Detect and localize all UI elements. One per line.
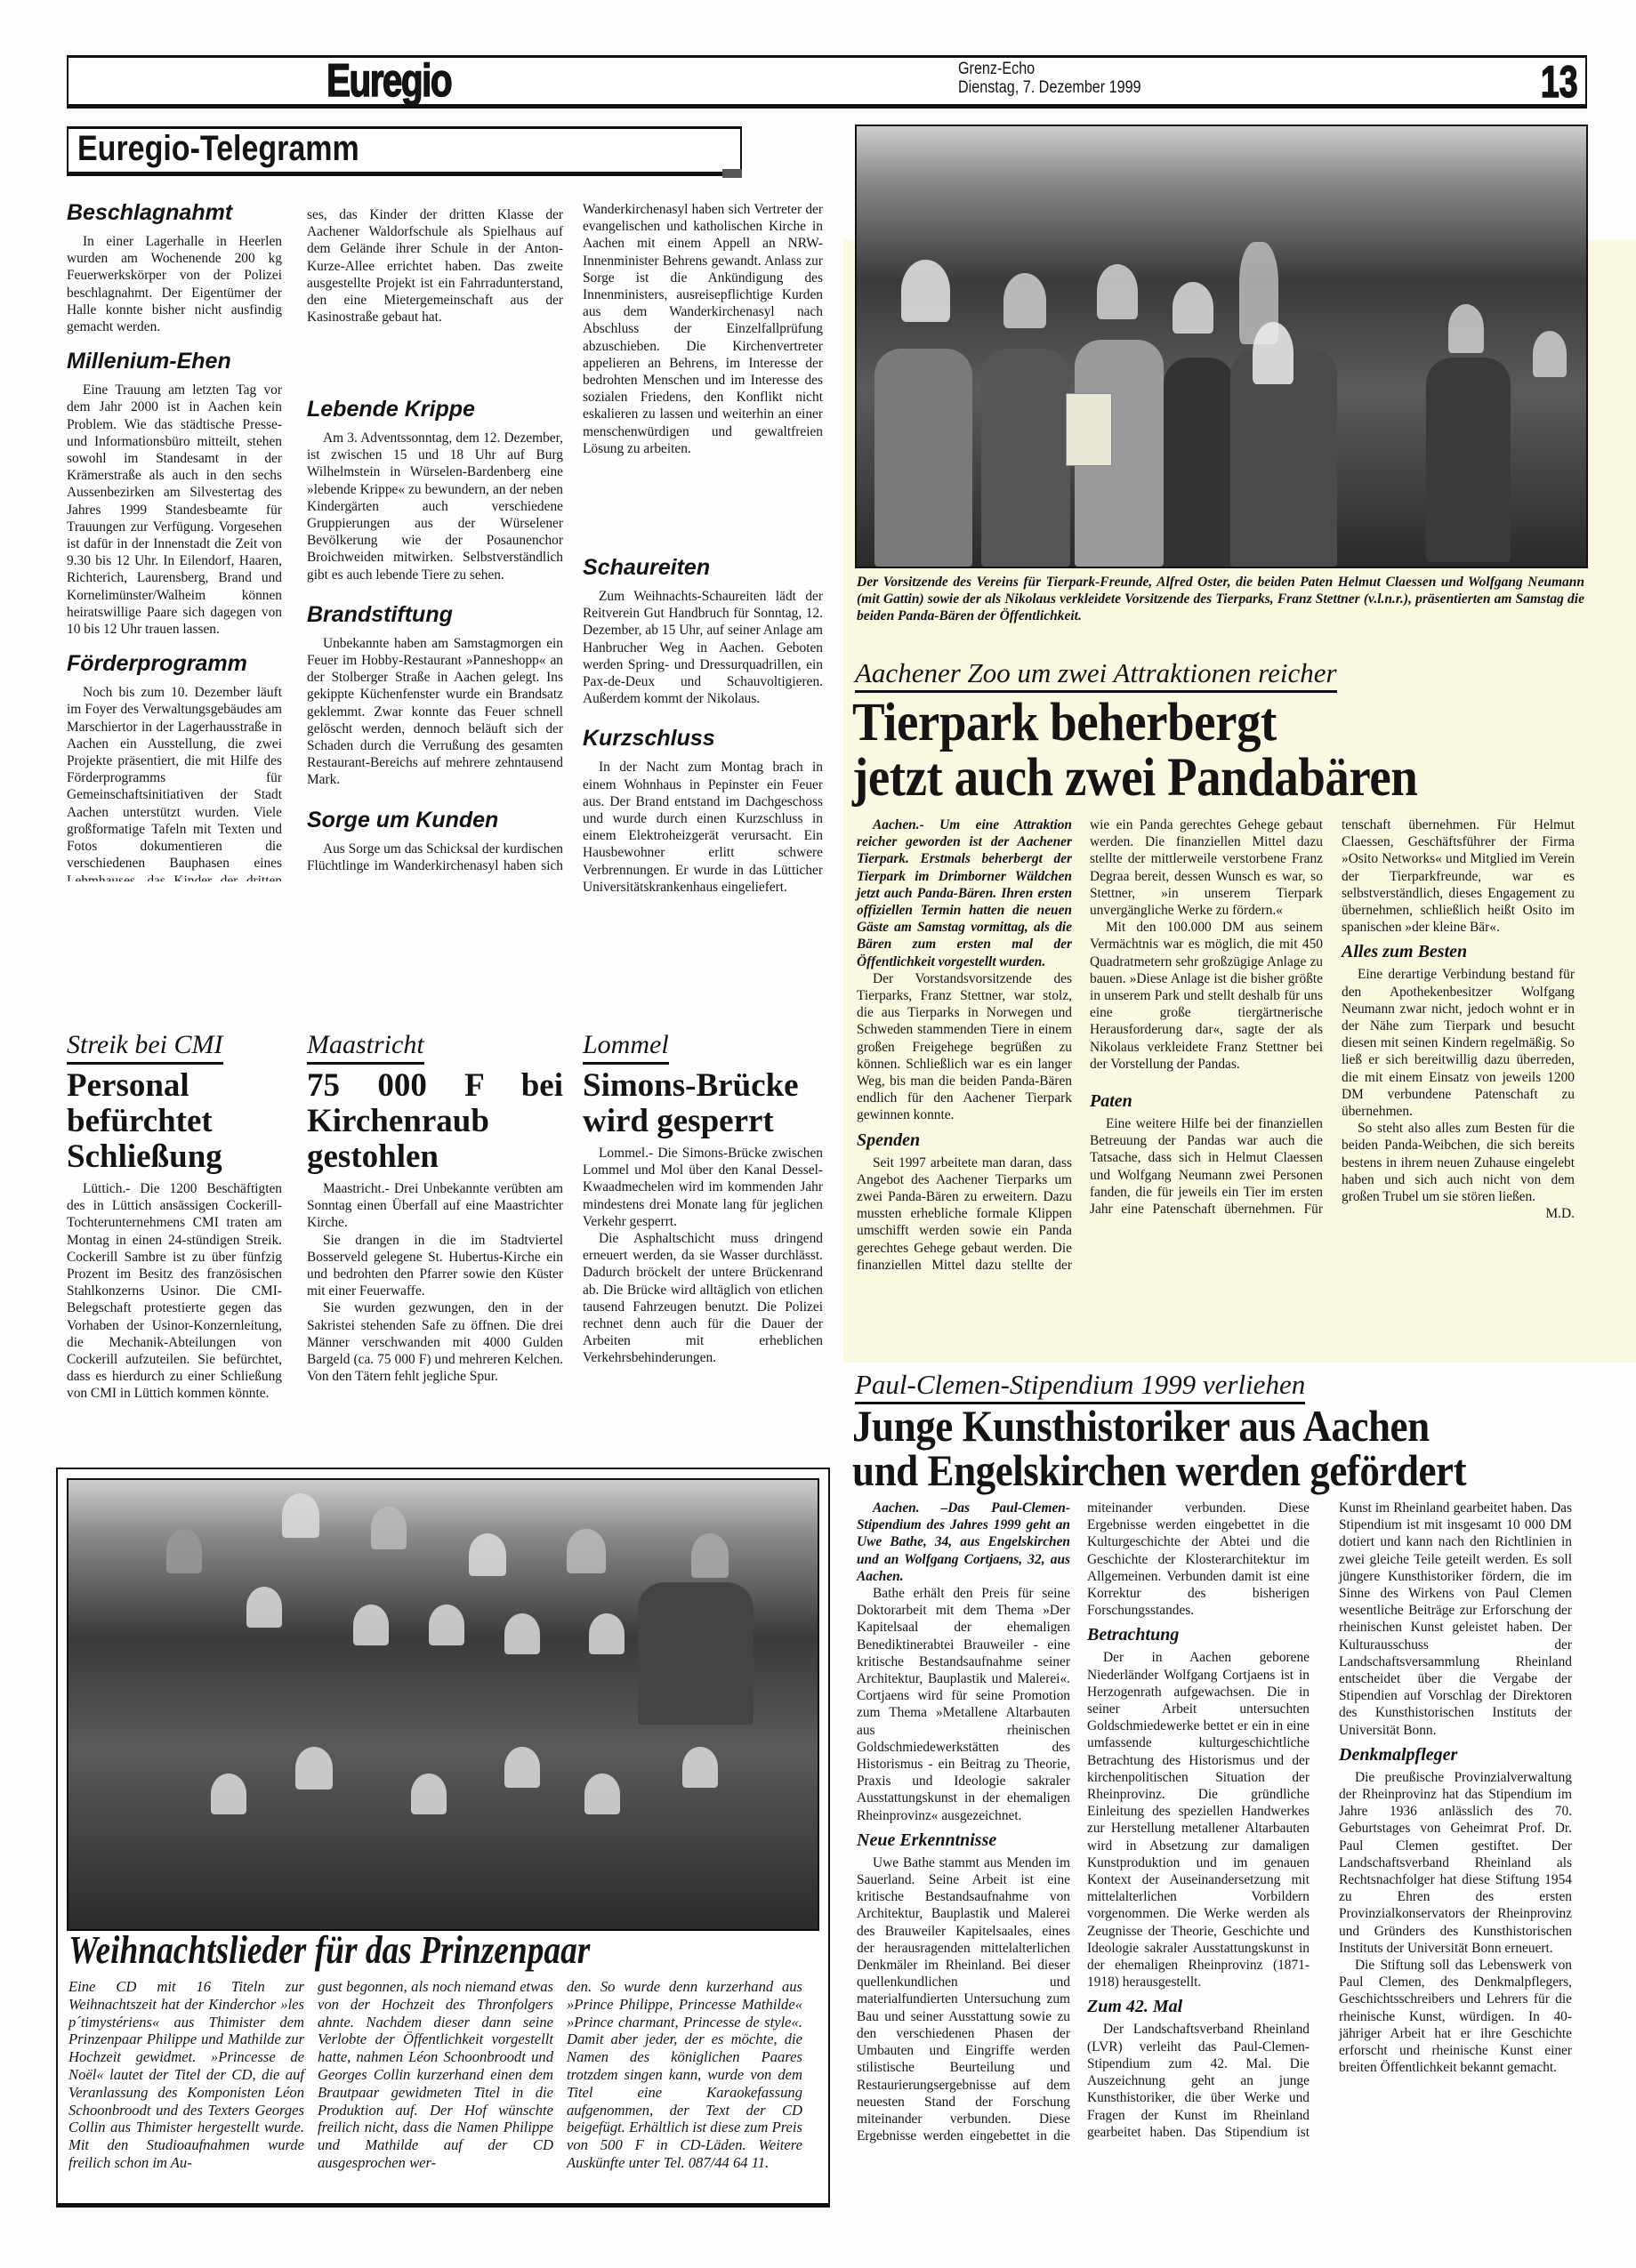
article-kicker: Aachener Zoo um zwei Attraktionen reiche… <box>855 658 1337 693</box>
article-headline: 75 000 F bei Kirchenraub gestohlen <box>307 1068 563 1175</box>
tierpark-photo <box>855 125 1588 568</box>
choir-photo-figures <box>69 1480 818 1929</box>
headline-line: jetzt auch zwei Pandabären <box>852 751 1417 806</box>
telegramm-heading: Millenium-Ehen <box>67 348 282 374</box>
article-text: Mit den 100.000 DM aus seinem Vermächtni… <box>1090 919 1323 1073</box>
article-text: gust begonnen, als noch niemand etwas vo… <box>318 1978 553 2172</box>
headline-line: Tierpark beherbergt <box>852 696 1417 751</box>
article-headline: Tierpark beherbergt jetzt auch zwei Pand… <box>852 696 1417 806</box>
article-subheading: Betrachtung <box>1087 1624 1310 1645</box>
telegramm-text: In einer Lagerhalle in Heerlen wurden am… <box>67 233 282 335</box>
article-kicker: Maastricht <box>307 1030 424 1065</box>
telegramm-heading: Förderprogramm <box>67 650 282 677</box>
article-cmi: Streik bei CMI Personal befürchtet Schli… <box>67 1030 282 1403</box>
choir-photo <box>67 1478 819 1931</box>
masthead: Euregio Grenz-Echo Dienstag, 7. Dezember… <box>67 55 1587 109</box>
article-paragraph: Sie drangen in die im Stadtviertel Bosse… <box>307 1232 563 1300</box>
article-text-continued: miteinander verbunden. Diese Ergebnisse … <box>1087 1500 1310 1619</box>
telegramm-text: Unbekannte haben am Samstagmorgen ein Fe… <box>307 635 563 789</box>
photo-caption: Der Vorsitzende des Vereins für Tierpark… <box>857 574 1584 624</box>
telegramm-heading: Beschlagnahmt <box>67 199 282 226</box>
article-column: Eine CD mit 16 Titeln zur Weihnachtszeit… <box>69 1978 304 2172</box>
article-text-last: So steht also alles zum Besten für die b… <box>1342 1121 1575 1204</box>
article-text: Der Vorstandsvorsitzende des Tierparks, … <box>857 970 1072 1124</box>
telegramm-heading: Brandstiftung <box>307 601 563 628</box>
article-text: Der in Aachen geborene Niederländer Wolf… <box>1087 1649 1310 1991</box>
headline-line: und Engelskirchen werden gefördert <box>852 1448 1466 1492</box>
telegramm-text-continued: ses, das Kinder der dritten Klasse der A… <box>307 206 563 380</box>
telegramm-text: Am 3. Adventssonntag, dem 12. Dezember, … <box>307 430 563 583</box>
issue-date: Dienstag, 7. Dezember 1999 <box>958 78 1141 97</box>
article-text-continued: Kunst im Rheinland gearbeitet haben. Das… <box>1339 1500 1572 1739</box>
headline-line: Junge Kunsthistoriker aus Aachen <box>852 1403 1466 1448</box>
article-column: gust begonnen, als noch niemand etwas vo… <box>318 1978 553 2172</box>
article-lommel: Lommel Simons-Brücke wird gesperrt Lomme… <box>583 1030 823 1367</box>
article-lead: Aachen.- Um eine Attraktion reicher gewo… <box>857 816 1072 970</box>
tierpark-column-2: wie ein Panda gerechtes Gehege gebaut we… <box>1090 816 1323 1218</box>
article-text: den. So wurde denn kurzerhand aus »Princ… <box>567 1978 802 2172</box>
article-column: den. So wurde denn kurzerhand aus »Princ… <box>567 1978 802 2172</box>
paper-info: Grenz-Echo Dienstag, 7. Dezember 1999 <box>958 60 1141 97</box>
certificate <box>1066 393 1112 466</box>
article-subheading: Spenden <box>857 1130 1072 1151</box>
article-text: Die preußische Provinzialverwaltung der … <box>1339 1769 1572 1957</box>
article-prinzenpaar-box: Weihnachtslieder für das Prinzenpaar Ein… <box>56 1468 830 2208</box>
telegramm-column-1: Beschlagnahmt In einer Lagerhalle in Hee… <box>67 187 282 881</box>
article-text: Eine CD mit 16 Titeln zur Weihnachtszeit… <box>69 1978 304 2172</box>
article-paragraph: Sie wurden gezwungen, den in der Sakrist… <box>307 1299 563 1385</box>
article-text: Die Stiftung soll das Lebenswerk von Pau… <box>1339 1957 1572 2076</box>
telegramm-text-continued: Wanderkirchenasyl haben sich Vertreter d… <box>583 201 823 543</box>
article-kicker: Paul-Clemen-Stipendium 1999 verliehen <box>855 1370 1305 1404</box>
section-title: Euregio <box>326 54 451 108</box>
article-text: So steht also alles zum Besten für die b… <box>1342 1120 1575 1205</box>
article-text-continued: tenschaft übernehmen. Für Helmut Claesse… <box>1342 816 1575 936</box>
telegramm-column-3: Wanderkirchenasyl haben sich Vertreter d… <box>583 201 823 896</box>
telegramm-heading: Lebende Krippe <box>307 396 563 422</box>
article-subheading: Paten <box>1090 1090 1323 1112</box>
telegramm-heading: Kurzschluss <box>583 725 823 752</box>
telegramm-heading: Sorge um Kunden <box>307 807 563 833</box>
article-kicker: Lommel <box>583 1030 669 1065</box>
article-text: Der Landschaftsverband Rheinland (LVR) v… <box>1087 2021 1310 2140</box>
article-subheading: Alles zum Besten <box>1342 941 1575 962</box>
article-text: Lüttich.- Die 1200 Beschäftigten des in … <box>67 1180 282 1403</box>
telegramm-text: In der Nacht zum Montag brach in einem W… <box>583 759 823 896</box>
article-text: Uwe Bathe stammt aus Menden im Sauerland… <box>857 1854 1070 2143</box>
telegramm-header: Euregio-Telegramm <box>67 126 742 176</box>
article-paragraph: Lommel.- Die Simons-Brücke zwischen Lomm… <box>583 1145 823 1230</box>
article-maastricht: Maastricht 75 000 F bei Kirchenraub gest… <box>307 1030 563 1385</box>
article-lead: Aachen. –Das Paul-Clemen-Stipendium des … <box>857 1500 1070 1585</box>
article-text: Bathe erhält den Preis für seine Doktora… <box>857 1585 1070 1824</box>
article-kicker: Streik bei CMI <box>67 1030 223 1065</box>
paper-name: Grenz-Echo <box>958 60 1141 78</box>
article-subheading: Neue Erkenntnisse <box>857 1830 1070 1851</box>
article-text-continued: wie ein Panda gerechtes Gehege gebaut we… <box>1090 816 1323 919</box>
article-text: Eine derartige Verbindung bestand für de… <box>1342 966 1575 1120</box>
tierpark-kicker-wrap: Aachener Zoo um zwei Attraktionen reiche… <box>855 658 1337 693</box>
tierpark-column-3: tenschaft übernehmen. Für Helmut Claesse… <box>1342 816 1575 1222</box>
article-text: Seit 1997 arbeitete man daran, dass Ange… <box>857 1154 1072 1274</box>
stipendium-column-1: Aachen. –Das Paul-Clemen-Stipendium des … <box>857 1500 1070 2143</box>
page-number: 13 <box>1541 56 1578 108</box>
tierpark-column-1: Aachen.- Um eine Attraktion reicher gewo… <box>857 816 1072 1274</box>
author-initials: M.D. <box>1530 1205 1576 1222</box>
article-subheading: Zum 42. Mal <box>1087 1996 1310 2017</box>
telegramm-title: Euregio-Telegramm <box>77 129 359 169</box>
stipendium-kicker-wrap: Paul-Clemen-Stipendium 1999 verliehen <box>855 1370 1305 1404</box>
article-subheading: Denkmalpfleger <box>1339 1744 1572 1765</box>
article-headline: Personal befürchtet Schließung <box>67 1068 282 1175</box>
telegramm-column-2: ses, das Kinder der dritten Klasse der A… <box>307 206 563 874</box>
telegramm-heading: Schaureiten <box>583 554 823 581</box>
telegramm-text: Eine Trauung am letzten Tag vor dem Jahr… <box>67 382 282 638</box>
telegramm-text: Noch bis zum 10. Dezember läuft im Foyer… <box>67 684 282 881</box>
telegramm-text: Zum Weihnachts-Schaureiten lädt der Reit… <box>583 588 823 707</box>
telegramm-text: Aus Sorge um das Schicksal der kurdische… <box>307 840 563 874</box>
stipendium-column-2: miteinander verbunden. Diese Ergebnisse … <box>1087 1500 1310 2140</box>
article-paragraph: Maastricht.- Drei Unbekannte verübten am… <box>307 1180 563 1232</box>
article-headline: Weihnachtslieder für das Prinzenpaar <box>69 1929 590 1972</box>
tierpark-photo-figures <box>857 126 1586 567</box>
article-headline: Simons-Brücke wird gesperrt <box>583 1068 823 1139</box>
article-paragraph: Die Asphaltschicht muss dringend erneuer… <box>583 1230 823 1367</box>
article-text: Eine weitere Hilfe bei der finanziellen … <box>1090 1115 1323 1218</box>
stipendium-column-3: Kunst im Rheinland gearbeitet haben. Das… <box>1339 1500 1572 2077</box>
article-headline: Junge Kunsthistoriker aus Aachen und Eng… <box>852 1403 1466 1492</box>
telegramm-header-shadow <box>722 169 742 178</box>
